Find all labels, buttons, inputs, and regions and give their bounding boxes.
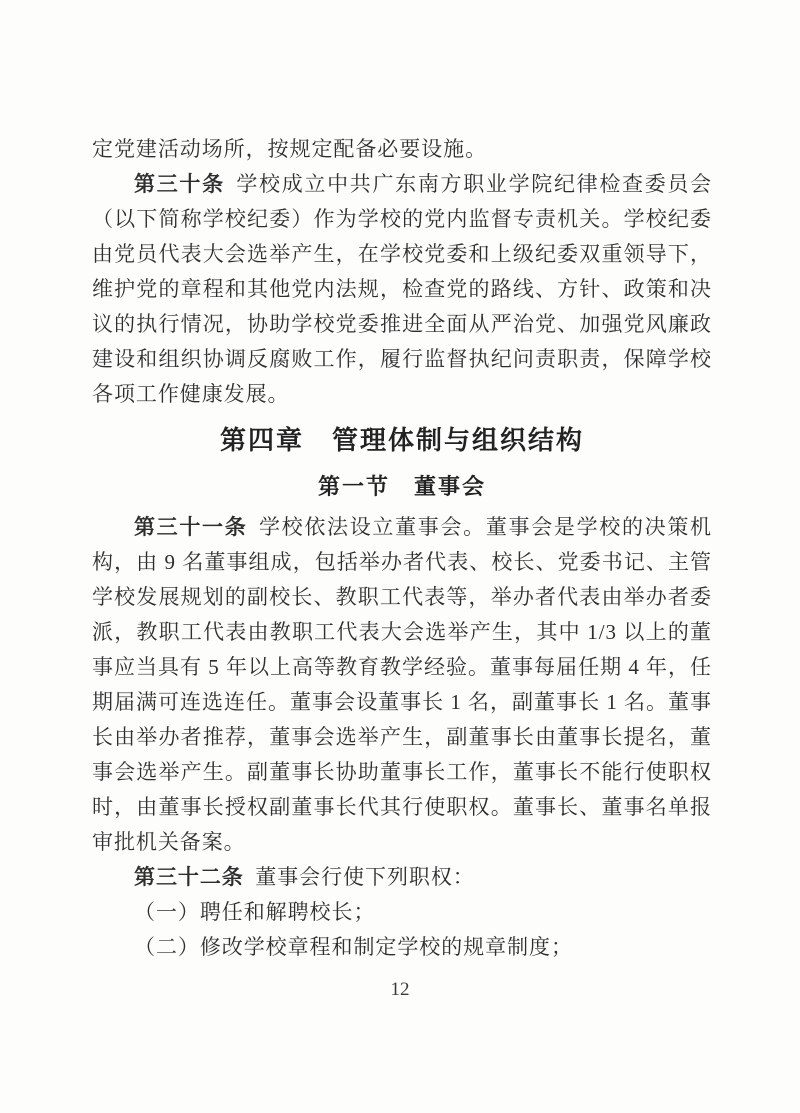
body-line: 建设和组织协调反腐败工作，履行监督执纪问责职责，保障学校: [92, 342, 712, 377]
body-line: （以下简称学校纪委）作为学校的党内监督专责机关。学校纪委: [92, 202, 712, 237]
line-text: 派，教职工代表由教职工代表大会选举产生，其中 1/3 以上的董: [92, 620, 712, 644]
body-line: 事会选举产生。副董事长协助董事长工作，董事长不能行使职权: [92, 755, 712, 790]
body-line: 定党建活动场所，按规定配备必要设施。: [92, 132, 712, 167]
body-line: 第三十条学校成立中共广东南方职业学院纪律检查委员会: [92, 167, 712, 202]
line-text: 长由举办者推荐，董事会选举产生，副董事长由董事长提名，董: [92, 725, 712, 749]
body-line: 第三十二条董事会行使下列职权：: [92, 860, 712, 895]
line-text: 期届满可连选连任。董事会设董事长 1 名，副董事长 1 名。董事: [92, 690, 712, 714]
line-text: 由党员代表大会选举产生，在学校党委和上级纪委双重领导下，: [92, 242, 712, 266]
body-line: 长由举办者推荐，董事会选举产生，副董事长由董事长提名，董: [92, 720, 712, 755]
body-line: 第三十一条学校依法设立董事会。董事会是学校的决策机: [92, 510, 712, 545]
body-line: 时，由董事长授权副董事长代其行使职权。董事长、董事名单报: [92, 790, 712, 825]
body-line: 事应当具有 5 年以上高等教育教学经验。董事每届任期 4 年，任: [92, 650, 712, 685]
page-number: 12: [0, 976, 800, 1004]
line-text: 构，由 9 名董事组成，包括举办者代表、校长、党委书记、主管: [92, 550, 712, 574]
section-heading: 第一节 董事会: [92, 470, 712, 504]
body-line: 构，由 9 名董事组成，包括举办者代表、校长、党委书记、主管: [92, 545, 712, 580]
line-text: 时，由董事长授权副董事长代其行使职权。董事长、董事名单报: [92, 795, 712, 819]
body-line: （二）修改学校章程和制定学校的规章制度；: [92, 930, 712, 965]
line-text: （二）修改学校章程和制定学校的规章制度；: [134, 935, 573, 959]
document-body: 定党建活动场所，按规定配备必要设施。 第三十条学校成立中共广东南方职业学院纪律检…: [0, 0, 800, 965]
body-line: 维护党的章程和其他党内法规，检查党的路线、方针、政策和决: [92, 272, 712, 307]
body-line: 期届满可连选连任。董事会设董事长 1 名，副董事长 1 名。董事: [92, 685, 712, 720]
body-line: 各项工作健康发展。: [92, 377, 712, 412]
article-number: 第三十二条: [134, 865, 244, 889]
line-text: 维护党的章程和其他党内法规，检查党的路线、方针、政策和决: [92, 277, 712, 301]
body-line: 议的执行情况，协助学校党委推进全面从严治党、加强党风廉政: [92, 307, 712, 342]
line-text: 审批机关备案。: [92, 830, 246, 854]
body-line: （一）聘任和解聘校长；: [92, 895, 712, 930]
chapter-heading: 第四章 管理体制与组织结构: [92, 420, 712, 460]
body-line: 派，教职工代表由教职工代表大会选举产生，其中 1/3 以上的董: [92, 615, 712, 650]
line-text: 事应当具有 5 年以上高等教育教学经验。董事每届任期 4 年，任: [92, 655, 712, 679]
article-number: 第三十条: [134, 172, 225, 196]
line-text: 事会选举产生。副董事长协助董事长工作，董事长不能行使职权: [92, 760, 712, 784]
line-text: 议的执行情况，协助学校党委推进全面从严治党、加强党风廉政: [92, 312, 712, 336]
line-text: 学校依法设立董事会。董事会是学校的决策机: [259, 515, 712, 539]
line-text: （一）聘任和解聘校长；: [134, 900, 375, 924]
body-line: 由党员代表大会选举产生，在学校党委和上级纪委双重领导下，: [92, 237, 712, 272]
line-text: 董事会行使下列职权：: [255, 865, 474, 889]
line-text: 建设和组织协调反腐败工作，履行监督执纪问责职责，保障学校: [92, 347, 712, 371]
body-line: 学校发展规划的副校长、教职工代表等，举办者代表由举办者委: [92, 580, 712, 615]
article-number: 第三十一条: [134, 515, 247, 539]
line-text: 定党建活动场所，按规定配备必要设施。: [92, 137, 487, 161]
line-text: （以下简称学校纪委）作为学校的党内监督专责机关。学校纪委: [92, 207, 712, 231]
line-text: 各项工作健康发展。: [92, 382, 290, 406]
body-line: 审批机关备案。: [92, 825, 712, 860]
document-page: 定党建活动场所，按规定配备必要设施。 第三十条学校成立中共广东南方职业学院纪律检…: [0, 0, 800, 1113]
line-text: 学校发展规划的副校长、教职工代表等，举办者代表由举办者委: [92, 585, 712, 609]
line-text: 学校成立中共广东南方职业学院纪律检查委员会: [236, 172, 712, 196]
